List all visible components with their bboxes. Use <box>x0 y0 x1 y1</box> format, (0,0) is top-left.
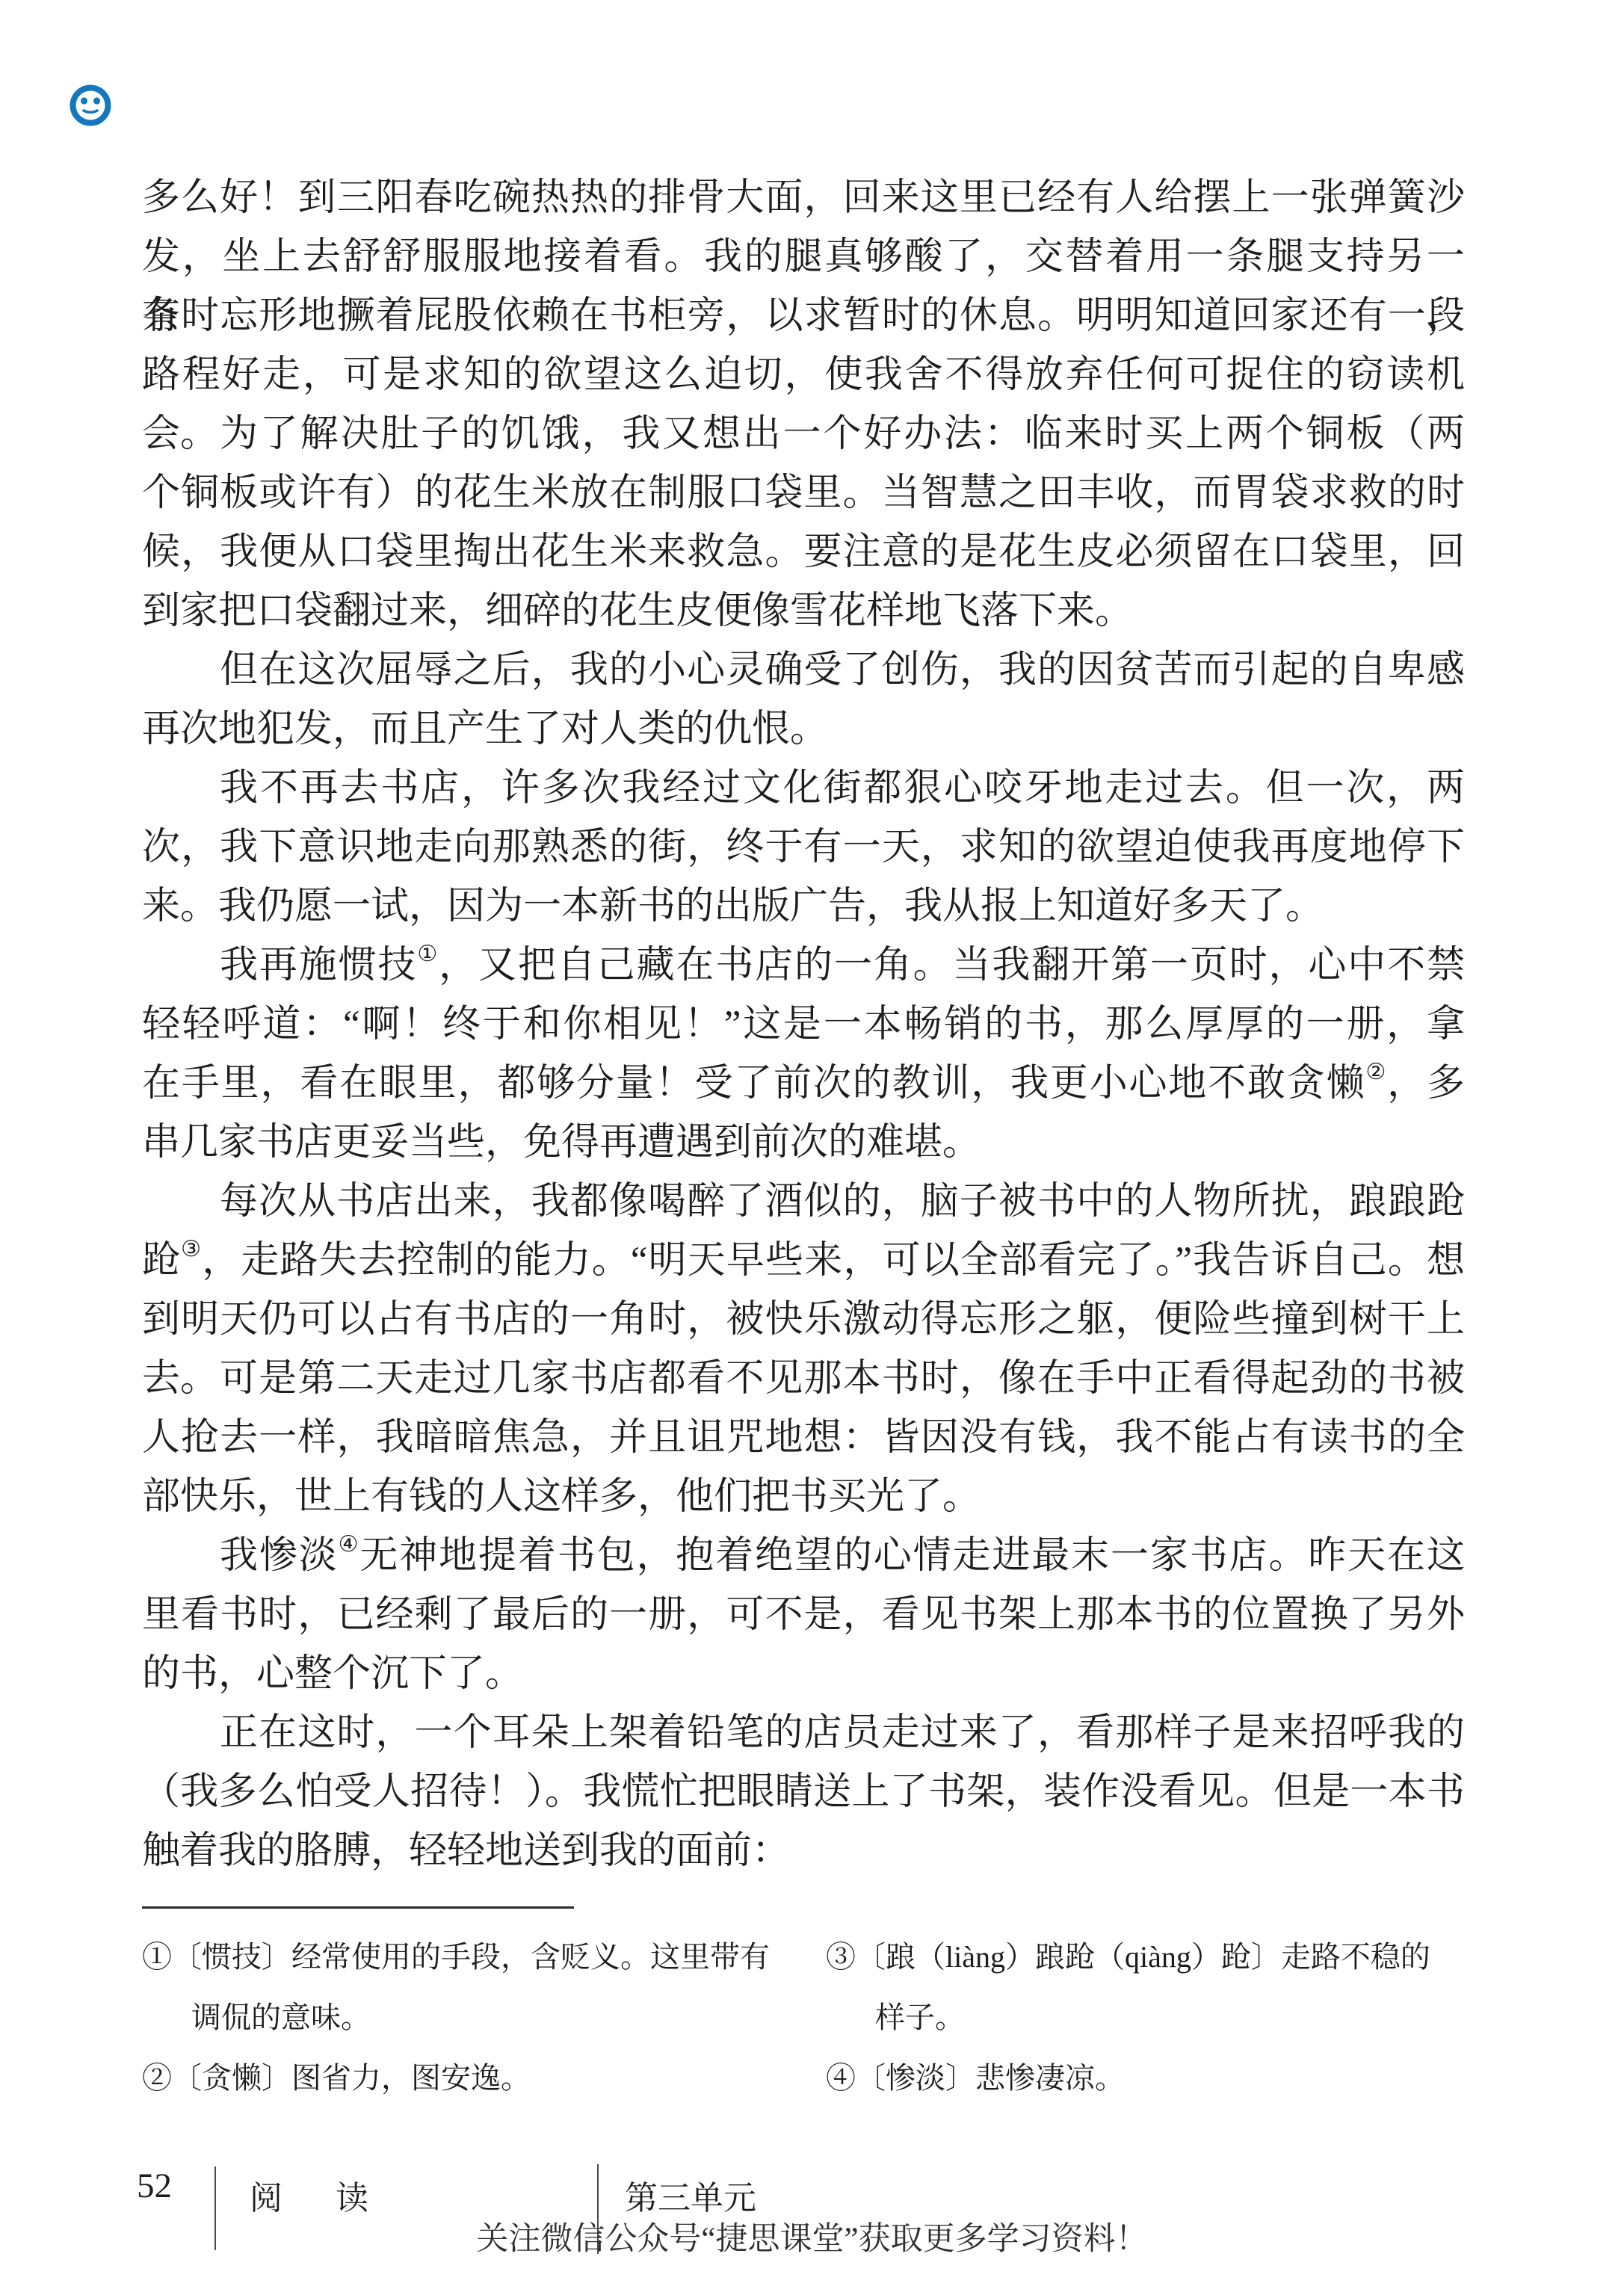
text-line: 跄③，走路失去控制的能力。“明天早些来，可以全部看完了。”我告诉自己。想 <box>142 1232 1465 1291</box>
text-line: 串几家书店更妥当些，免得再遭遇到前次的难堪。 <box>142 1113 1465 1173</box>
text-line: 轻轻呼道：“啊！终于和你相见！”这是一本畅销的书，那么厚厚的一册，拿 <box>142 995 1465 1054</box>
promo-text: 关注微信公众号“捷思课堂”获取更多学习资料！ <box>0 2214 1624 2259</box>
text-line: 我惨淡④无神地提着书包，抱着绝望的心情走进最末一家书店。昨天在这 <box>142 1527 1465 1586</box>
text-line: 到明天仍可以占有书店的一角时，被快乐激动得忘形之躯，便险些撞到树干上去。 <box>142 1291 1465 1350</box>
text-line: 路程好走，可是求知的欲望这么迫切，使我舍不得放弃任何可捉住的窃读机会。 <box>142 346 1465 405</box>
footnote-ref: ④ <box>339 1532 360 1557</box>
text-line: 触着我的胳膊，轻轻地送到我的面前： <box>142 1822 1465 1881</box>
footnote-ref: ③ <box>181 1237 202 1261</box>
smiley-icon <box>69 84 112 127</box>
body-text: 多么好！到三阳春吃碗热热的排骨大面，回来这里已经有人给摆上一张弹簧沙发，坐上去舒… <box>142 169 1465 1881</box>
text-line: 多么好！到三阳春吃碗热热的排骨大面，回来这里已经有人给摆上一张弹簧沙 <box>142 169 1465 228</box>
text-line: 的书，心整个沉下了。 <box>142 1645 1465 1704</box>
footnote-column-right: ③〔踉（liàng）踉跄（qiàng）跄〕走路不稳的样子。④〔惨淡〕悲惨凄凉。 <box>826 1927 1483 2108</box>
footnote-column-left: ①〔惯技〕经常使用的手段，含贬义。这里带有调侃的意味。②〔贪懒〕图省力，图安逸。 <box>142 1927 800 2108</box>
text-line: 来。我仍愿一试，因为一本新书的出版广告，我从报上知道好多天了。 <box>142 877 1465 936</box>
text-line: 但在这次屈辱之后，我的小心灵确受了创伤，我的因贫苦而引起的自卑感 <box>142 641 1465 700</box>
text-line: 我再施惯技①，又把自己藏在书店的一角。当我翻开第一页时，心中不禁 <box>142 936 1465 995</box>
text-line: （我多么怕受人招待！）。我慌忙把眼睛送上了书架，装作没看见。但是一本书 <box>142 1763 1465 1822</box>
section-label: 阅 读 <box>250 2171 391 2219</box>
footnote-line: ②〔贪懒〕图省力，图安逸。 <box>142 2048 800 2108</box>
footnote-line: 调侃的意味。 <box>142 1987 800 2048</box>
textbook-page: 多么好！到三阳春吃碗热热的排骨大面，回来这里已经有人给摆上一张弹簧沙发，坐上去舒… <box>0 0 1624 2295</box>
text-line: 人抢去一样，我暗暗焦急，并且诅咒地想：皆因没有钱，我不能占有读书的全 <box>142 1409 1465 1468</box>
text-line: 次，我下意识地走向那熟悉的街，终于有一天，求知的欲望迫使我再度地停下 <box>142 818 1465 877</box>
footnote-ref: ② <box>1365 1060 1387 1084</box>
unit-label: 第三单元 <box>625 2171 756 2219</box>
footnote-line: ①〔惯技〕经常使用的手段，含贬义。这里带有 <box>142 1927 800 1987</box>
text-line: 为了解决肚子的饥饿，我又想出一个好办法：临来时买上两个铜板（两 <box>142 405 1465 464</box>
footnote-ref: ① <box>417 942 439 966</box>
text-line: 每次从书店出来，我都像喝醉了酒似的，脑子被书中的人物所扰，踉踉跄 <box>142 1173 1465 1232</box>
footnote-line: 样子。 <box>826 1987 1483 2048</box>
text-line: 我不再去书店，许多次我经过文化街都狠心咬牙地走过去。但一次，两 <box>142 759 1465 818</box>
text-line: 里看书时，已经剩了最后的一册，可不是，看见书架上那本书的位置换了另外 <box>142 1586 1465 1645</box>
text-line: 个铜板或许有）的花生米放在制服口袋里。当智慧之田丰收，而胃袋求救的时 <box>142 464 1465 523</box>
text-line: 可是第二天走过几家书店都看不见那本书时，像在手中正看得起劲的书被 <box>142 1350 1465 1409</box>
text-line: 正在这时，一个耳朵上架着铅笔的店员走过来了，看那样子是来招呼我的 <box>142 1704 1465 1763</box>
text-line: 到家把口袋翻过来，细碎的花生皮便像雪花样地飞落下来。 <box>142 582 1465 641</box>
page-number: 52 <box>137 2166 172 2206</box>
footnote-line: ④〔惨淡〕悲惨凄凉。 <box>826 2048 1483 2108</box>
text-line: 候，我便从口袋里掏出花生米来救急。要注意的是花生皮必须留在口袋里，回 <box>142 523 1465 582</box>
text-line: 有时忘形地撅着屁股依赖在书柜旁，以求暂时的休息。明明知道回家还有一段 <box>142 287 1465 346</box>
text-line: 部快乐，世上有钱的人这样多，他们把书买光了。 <box>142 1468 1465 1527</box>
text-line: 在手里，看在眼里，都够分量！受了前次的教训，我更小心地不敢贪懒②，多 <box>142 1054 1465 1113</box>
text-line: 发，坐上去舒舒服服地接着看。我的腿真够酸了，交替着用一条腿支持另一条， <box>142 228 1465 287</box>
footnote-separator <box>142 1906 574 1909</box>
text-line: 再次地犯发，而且产生了对人类的仇恨。 <box>142 700 1465 759</box>
footnote-line: ③〔踉（liàng）踉跄（qiàng）跄〕走路不稳的 <box>826 1927 1483 1987</box>
